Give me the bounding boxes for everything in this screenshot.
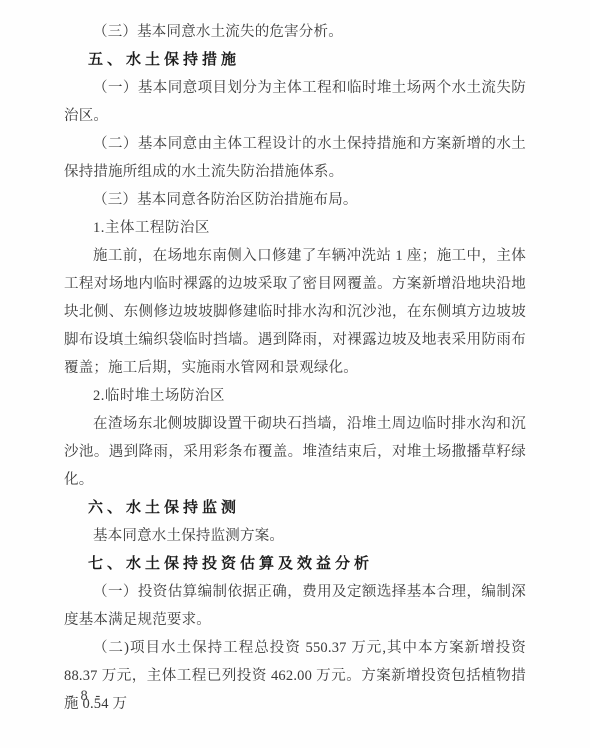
subsection-heading-1: 1.主体工程防治区	[64, 214, 526, 242]
paragraph: （一）投资估算编制依据正确，费用及定额选择基本合理，编制深度基本满足规范要求。	[64, 578, 526, 634]
page-number: - 8 -	[68, 688, 102, 705]
document-body: （三）基本同意水土流失的危害分析。 五、水土保持措施 （一）基本同意项目划分为主…	[64, 18, 526, 718]
paragraph: （二)项目水土保持工程总投资 550.37 万元,其中本方案新增投资 88.37…	[64, 634, 526, 718]
paragraph: （二）基本同意由主体工程设计的水土保持措施和方案新增的水土保持措施所组成的水土流…	[64, 130, 526, 186]
paragraph: （一）基本同意项目划分为主体工程和临时堆土场两个水土流失防治区。	[64, 74, 526, 130]
paragraph: 施工前，在场地东南侧入口修建了车辆冲洗站 1 座；施工中，主体工程对场地内临时裸…	[64, 242, 526, 382]
section-heading-6: 六、水土保持监测	[64, 494, 526, 522]
paragraph: （三）基本同意水土流失的危害分析。	[64, 18, 526, 46]
paragraph: 在渣场东北侧坡脚设置干砌块石挡墙，沿堆土周边临时排水沟和沉沙池。遇到降雨，采用彩…	[64, 410, 526, 494]
document-page: （三）基本同意水土流失的危害分析。 五、水土保持措施 （一）基本同意项目划分为主…	[0, 0, 590, 748]
paragraph: 基本同意水土保持监测方案。	[64, 522, 526, 550]
subsection-heading-2: 2.临时堆土场防治区	[64, 382, 526, 410]
section-heading-7: 七、水土保持投资估算及效益分析	[64, 550, 526, 578]
section-heading-5: 五、水土保持措施	[64, 46, 526, 74]
paragraph: （三）基本同意各防治区防治措施布局。	[64, 186, 526, 214]
